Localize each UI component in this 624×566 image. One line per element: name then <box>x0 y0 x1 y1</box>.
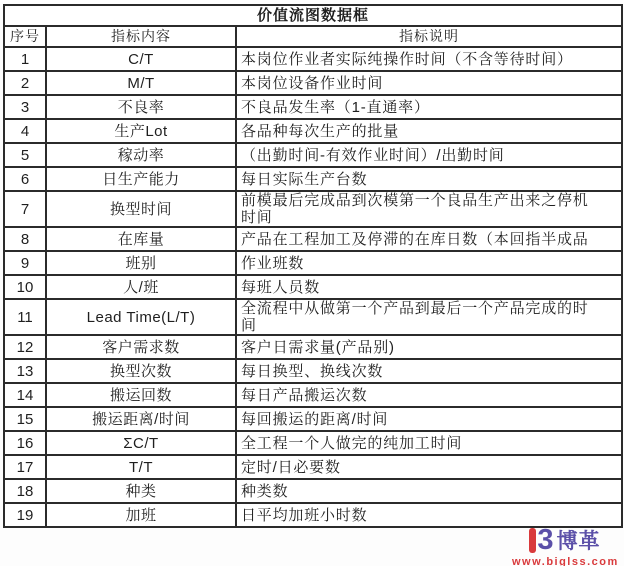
indicator-name: 加班 <box>46 503 236 527</box>
table-row: 13 换型次数 每日换型、换线次数 <box>4 359 622 383</box>
indicator-description: 每日产品搬运次数 <box>236 383 622 407</box>
col-header-no: 序号 <box>4 26 46 47</box>
indicator-description: 种类数 <box>236 479 622 503</box>
row-number: 11 <box>4 299 46 335</box>
table-row: 11 Lead Time(L/T) 全流程中从做第一个产品到最后一个产品完成的时… <box>4 299 622 335</box>
table-row: 10 人/班 每班人员数 <box>4 275 622 299</box>
table-row: 4 生产Lot 各品种每次生产的批量 <box>4 119 622 143</box>
row-number: 12 <box>4 335 46 359</box>
table-title: 价值流图数据框 <box>4 5 622 26</box>
table-row: 18 种类 种类数 <box>4 479 622 503</box>
table-title-row: 价值流图数据框 <box>4 5 622 26</box>
indicator-name: 搬运回数 <box>46 383 236 407</box>
table-row: 9 班别 作业班数 <box>4 251 622 275</box>
indicator-description: 本岗位设备作业时间 <box>236 71 622 95</box>
indicator-description: 全流程中从做第一个产品到最后一个产品完成的时 间 <box>236 299 622 335</box>
table-row: 19 加班 日平均加班小时数 <box>4 503 622 527</box>
row-number: 14 <box>4 383 46 407</box>
row-number: 15 <box>4 407 46 431</box>
indicator-description: 作业班数 <box>236 251 622 275</box>
biglss-logo-icon: 3 博革 <box>512 525 618 555</box>
indicator-name: 生产Lot <box>46 119 236 143</box>
indicator-name: T/T <box>46 455 236 479</box>
table-row: 8 在库量 产品在工程加工及停滞的在库日数（本回指半成品 <box>4 227 622 251</box>
row-number: 8 <box>4 227 46 251</box>
indicator-name: C/T <box>46 47 236 71</box>
table-row: 3 不良率 不良品发生率（1-直通率） <box>4 95 622 119</box>
row-number: 5 <box>4 143 46 167</box>
vsm-data-table: 价值流图数据框 序号 指标内容 指标说明 1 C/T 本岗位作业者实际纯操作时间… <box>3 4 623 528</box>
indicator-name: 人/班 <box>46 275 236 299</box>
table-row: 16 ΣC/T 全工程一个人做完的纯加工时间 <box>4 431 622 455</box>
indicator-description: 产品在工程加工及停滞的在库日数（本回指半成品 <box>236 227 622 251</box>
row-number: 1 <box>4 47 46 71</box>
row-number: 10 <box>4 275 46 299</box>
col-header-description: 指标说明 <box>236 26 622 47</box>
indicator-description: 客户日需求量(产品别) <box>236 335 622 359</box>
indicator-description: 每班人员数 <box>236 275 622 299</box>
table-row: 1 C/T 本岗位作业者实际纯操作时间（不含等待时间） <box>4 47 622 71</box>
row-number: 6 <box>4 167 46 191</box>
indicator-name: 种类 <box>46 479 236 503</box>
table-row: 6 日生产能力 每日实际生产台数 <box>4 167 622 191</box>
indicator-description: 每日换型、换线次数 <box>236 359 622 383</box>
row-number: 2 <box>4 71 46 95</box>
table-row: 5 稼动率 （出勤时间-有效作业时间）/出勤时间 <box>4 143 622 167</box>
indicator-description: 本岗位作业者实际纯操作时间（不含等待时间） <box>236 47 622 71</box>
indicator-name: 客户需求数 <box>46 335 236 359</box>
indicator-name: 班别 <box>46 251 236 275</box>
indicator-name: 搬运距离/时间 <box>46 407 236 431</box>
table-row: 15 搬运距离/时间 每回搬运的距离/时间 <box>4 407 622 431</box>
row-number: 4 <box>4 119 46 143</box>
indicator-description: 全工程一个人做完的纯加工时间 <box>236 431 622 455</box>
table-row: 12 客户需求数 客户日需求量(产品别) <box>4 335 622 359</box>
table-row: 7 换型时间 前模最后完成品到次模第一个良品生产出来之停机 时间 <box>4 191 622 227</box>
row-number: 3 <box>4 95 46 119</box>
indicator-name: 换型时间 <box>46 191 236 227</box>
row-number: 16 <box>4 431 46 455</box>
indicator-name: ΣC/T <box>46 431 236 455</box>
table-row: 2 M/T 本岗位设备作业时间 <box>4 71 622 95</box>
indicator-description: 日平均加班小时数 <box>236 503 622 527</box>
table-header-row: 序号 指标内容 指标说明 <box>4 26 622 47</box>
row-number: 19 <box>4 503 46 527</box>
scanned-document-page: 价值流图数据框 序号 指标内容 指标说明 1 C/T 本岗位作业者实际纯操作时间… <box>0 4 624 566</box>
indicator-name: 在库量 <box>46 227 236 251</box>
indicator-description: 定时/日必要数 <box>236 455 622 479</box>
indicator-description: （出勤时间-有效作业时间）/出勤时间 <box>236 143 622 167</box>
indicator-name: M/T <box>46 71 236 95</box>
indicator-name: 稼动率 <box>46 143 236 167</box>
indicator-name: 换型次数 <box>46 359 236 383</box>
logo-url-text: www.biglss.com <box>512 556 618 566</box>
logo-red-bar-icon <box>529 528 536 553</box>
indicator-description: 每日实际生产台数 <box>236 167 622 191</box>
logo-brand-text: 博革 <box>557 525 601 555</box>
table-row: 14 搬运回数 每日产品搬运次数 <box>4 383 622 407</box>
indicator-description: 前模最后完成品到次模第一个良品生产出来之停机 时间 <box>236 191 622 227</box>
indicator-description: 每回搬运的距离/时间 <box>236 407 622 431</box>
row-number: 18 <box>4 479 46 503</box>
row-number: 13 <box>4 359 46 383</box>
col-header-indicator: 指标内容 <box>46 26 236 47</box>
indicator-description: 各品种每次生产的批量 <box>236 119 622 143</box>
indicator-name: 日生产能力 <box>46 167 236 191</box>
logo-three-icon: 3 <box>537 528 553 553</box>
row-number: 7 <box>4 191 46 227</box>
indicator-description: 不良品发生率（1-直通率） <box>236 95 622 119</box>
biglss-watermark: 3 博革 www.biglss.com <box>512 525 618 566</box>
indicator-name: Lead Time(L/T) <box>46 299 236 335</box>
row-number: 17 <box>4 455 46 479</box>
row-number: 9 <box>4 251 46 275</box>
table-row: 17 T/T 定时/日必要数 <box>4 455 622 479</box>
indicator-name: 不良率 <box>46 95 236 119</box>
